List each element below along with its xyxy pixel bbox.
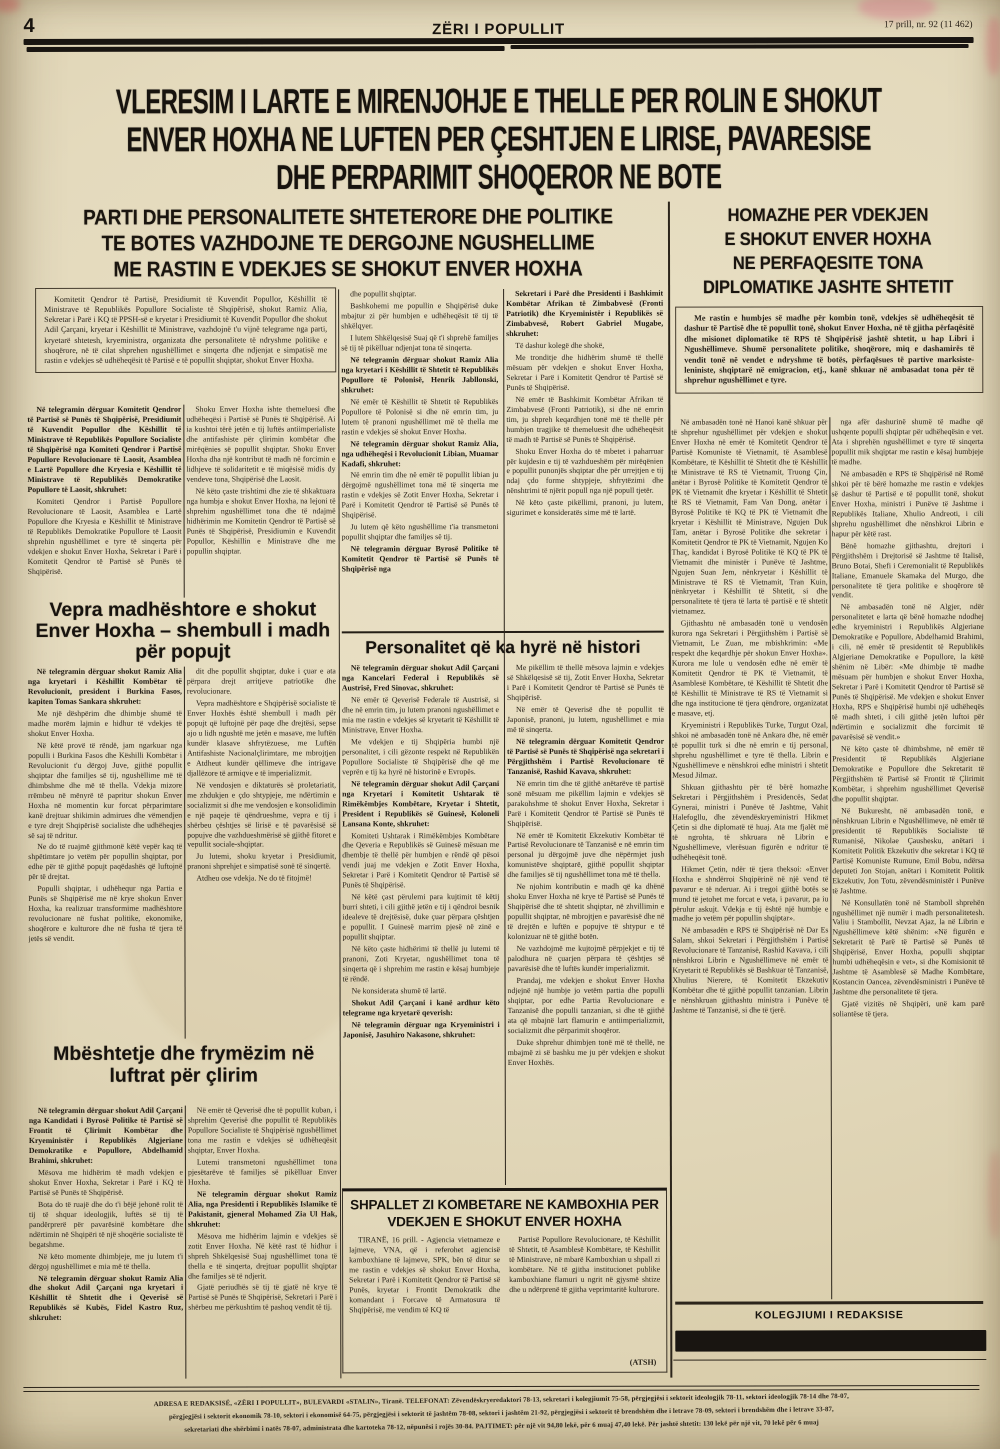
paragraph: Lutemi transmetoni ngushëllimet tona pje… — [188, 1157, 337, 1187]
kolegjiumi-label: KOLEGJIUMI I REDAKSISE — [675, 1309, 983, 1322]
paragraph: Në telegramin dërguar shokut Adil Çarçan… — [29, 1106, 183, 1166]
paragraph: Shokut Adil Çarçani i kanë ardhur këto t… — [343, 998, 500, 1018]
paragraph: Në këtë provë të rëndë, jam ngarkuar nga… — [28, 740, 182, 840]
paragraph: dhe popullit shqiptar. — [341, 289, 498, 299]
vepra-line: për popujt — [30, 641, 336, 663]
kamboxhia-col-a: TIRANË, 16 prill. - Agjencia vietnameze … — [349, 1235, 500, 1357]
paragraph: Në emër të Qeverisë Federale të Austrisë… — [342, 695, 499, 735]
paragraph: Në telegramin dërguar shokut Ramiz Alia … — [29, 1273, 183, 1323]
column-burkina-2: dit dhe popullit shqiptar, duke i çuar e… — [187, 666, 337, 1038]
paragraph: Në këto momente dhimbjeje, me ju lutem t… — [29, 1251, 183, 1271]
paragraph: Në emër të Komitetit Ekzekutiv Kombëtar … — [507, 830, 664, 880]
column-personalitet-3: Në telegramin dërguar shokut Adil Çarçan… — [342, 663, 500, 1183]
section-heading-mbeshtetje: Mbështetje dhe frymëzim në luftrat për ç… — [31, 1042, 337, 1087]
paragraph: Partisë Popullore Revolucionare, të Kësh… — [509, 1235, 660, 1295]
paragraph: Në telegramin dërguar shokut Ramiz Alia … — [341, 355, 498, 395]
paragraph: Në këtë çast përulemi para kujtimit të k… — [342, 892, 499, 942]
vepra-line: Enver Hoxha – shembull i madh — [30, 620, 336, 642]
column-divider — [185, 1106, 187, 1379]
column-clirim-2: Në emër të Qeverisë dhe të popullit kuba… — [188, 1105, 338, 1377]
column-right-a: Në ambasadën tonë në Hanoi kanë shkuar p… — [671, 417, 829, 1297]
right-intro-box: Me rastin e humbjes së madhe për kombin … — [675, 306, 983, 393]
paragraph: Kryeministri i Republikës Turke, Turgut … — [672, 720, 828, 780]
paragraph: Në Bukuresht, në ambasadën tonë, e nënsh… — [832, 806, 984, 896]
paragraph: Në ambasadën tonë në Algjer, ndër person… — [832, 602, 984, 742]
column-right-b: nga afër dashurinë shumë të madhe që ush… — [831, 417, 985, 1297]
paragraph: Ne konsiderata shumë të lartë. — [343, 986, 500, 996]
paragraph: Me vdekjen e tij Shqipëria humbi një per… — [342, 737, 499, 777]
masthead-rule-segment — [511, 44, 969, 49]
vepra-line: Vepra madhështore e shokut — [30, 599, 336, 621]
paragraph: TIRANË, 16 prill. - Agjencia vietnameze … — [349, 1235, 500, 1315]
masthead-rule-segment — [27, 46, 505, 52]
paragraph: Në këto çaste trishtimi dhe zie të shkak… — [187, 486, 336, 556]
paragraph: Në telegramin dërguar shokut Ramiz Alia,… — [188, 1189, 337, 1229]
paragraph: Gjatë periudhës së tij të gjatë në krye … — [188, 1283, 337, 1313]
section-heading-vepra: Vepra madhështore e shokut Enver Hoxha –… — [30, 599, 336, 663]
paragraph: Ju lutemi, shoku kryetar i Presidiumit, … — [187, 852, 336, 872]
kamboxhia-box: SHPALLET ZI KOMBETARE NE KAMBOXHIA PER V… — [342, 1188, 667, 1374]
righthead-line: NE PERFAQESITE TONA — [673, 250, 983, 277]
paragraph: Në telegramin dërguar shokut Adil Çarçan… — [342, 663, 499, 693]
paragraph: Duke shprehur dhimbjen tonë më të thellë… — [508, 1038, 665, 1068]
mbeshtetje-line: Mbështetje dhe frymëzim në — [31, 1042, 337, 1065]
paragraph: Shoku Enver Hoxha do të mbetet i paharru… — [506, 446, 663, 496]
column-clirim-1: Në telegramin dërguar shokut Adil Çarçan… — [29, 1106, 184, 1378]
paragraph: Në ambasadën e RPS të Shqipërisë në Dar … — [672, 926, 828, 1016]
column-personalitet-4: Me pikëllim të thellë mësova lajmin e vd… — [507, 663, 665, 1183]
kamboxhia-col-b: Partisë Popullore Revolucionare, të Kësh… — [509, 1235, 660, 1357]
left-section-subhead: PARTI DHE PERSONALITETE SHTETERORE DHE P… — [29, 205, 667, 284]
paragraph: Sekretari i Parë dhe Presidenti i Bashki… — [506, 289, 663, 339]
column-burkina-1: Në telegramin dërguar shokut Ramiz Alia … — [28, 667, 183, 1039]
righthead-line: E SHOKUT ENVER HOXHA — [673, 226, 983, 253]
paragraph: Në telegramin dërguar Komitetit Qendror … — [27, 405, 181, 495]
column-laos-2: Shoku Enver Hoxha ishte themeluesi dhe u… — [186, 404, 335, 598]
paragraph: Në Konsullatën tonë në Stamboll shprehën… — [832, 898, 984, 998]
column-middle-4: Sekretari i Parë dhe Presidenti i Bashki… — [506, 289, 664, 627]
paragraph: Bashkohemi me popullin e Shqipërisë duke… — [341, 301, 498, 331]
paragraph: Ne vazhdojmë me kujtojmë përpjekjet e ti… — [507, 944, 664, 974]
right-section-head: HOMAZHE PER VDEKJEN E SHOKUT ENVER HOXHA… — [673, 203, 983, 300]
paragraph: Në emër të Bashkimit Kombëtar Afrikan të… — [506, 394, 663, 444]
footer-rule — [23, 1385, 979, 1388]
paragraph: nga afër dashurinë shumë të madhe që ush… — [831, 417, 983, 467]
right-intro-text: Me rastin e humbjes së madhe për kombin … — [684, 313, 974, 386]
newspaper-page: 4 ZËRI I POPULLIT 17 prill, nr. 92 (11 4… — [0, 0, 1000, 1449]
paragraph: Në emër të Këshillit të Shtetit të Repub… — [341, 397, 498, 437]
paragraph: Në këto çaste të dhimbshme, në emër të P… — [832, 744, 984, 804]
subhead-line: ME RASTIN E VDEKJES SE SHOKUT ENVER HOXH… — [29, 255, 667, 285]
column-laos-1: Në telegramin dërguar Komitetit Qendror … — [27, 405, 181, 599]
paragraph: Në ambasadën tonë në Hanoi kanë shkuar p… — [671, 417, 827, 617]
paragraph: Me tronditje dhe hidhërim shumë të thell… — [506, 352, 663, 392]
issue-info: 17 prill, nr. 92 (11 462) — [884, 20, 973, 30]
paragraph: Mësova me hidhërim lajmin e vdekjes së z… — [188, 1231, 337, 1281]
paragraph: Ne do të ruajmë gjithmonë këtë vepër kaq… — [28, 842, 182, 882]
paragraph: I lutem Shkëlqesisë Suaj që t'i shprehë … — [341, 333, 498, 353]
column-middle-3: dhe popullit shqiptar.Bashkohemi me popu… — [341, 289, 499, 627]
main-headline: VLERESIM I LARTE E MIRENJOHJE E THELLE P… — [49, 81, 949, 197]
paragraph: Në këto çaste hidhërimi të thellë ju lut… — [342, 944, 499, 984]
paragraph: Në telegramin dërguar shokut Adil Çarçan… — [342, 779, 499, 829]
paragraph: Në telegramin dërguar nga Kryeministri i… — [343, 1020, 500, 1040]
mbeshtetje-line: luftrat për çlirim — [31, 1064, 337, 1087]
masthead-title: ZËRI I POPULLIT — [0, 20, 999, 39]
headline-line-3: DHE PERPARIMIT SHOQEROR NE BOTE — [103, 152, 895, 202]
paragraph: Bota do të ruajë dhe do t'i bëjë jehonë … — [29, 1199, 183, 1249]
kolegjiumi-bottom-rule — [673, 1359, 986, 1361]
paragraph: Shkuan gjithashtu për të bërë homazhe Se… — [672, 782, 828, 862]
paragraph: Vepra madhështore e Shqipërisë socialist… — [187, 698, 336, 778]
footer-imprint: ADRESA E REDAKSISË, «ZËRI I POPULLIT», B… — [31, 1389, 971, 1439]
paragraph: Komiteti Ushtarak i Rimëkëmbjes Kombëtar… — [342, 831, 499, 891]
paragraph: Në emrin tim dhe në emër të popullit lib… — [341, 470, 498, 520]
paragraph: Prandaj, me vdekjen e shokut Enver Hoxha… — [508, 976, 665, 1036]
righthead-line: HOMAZHE PER VDEKJEN — [673, 202, 983, 229]
paragraph: Hikmet Çetin, ndër të tjera theksoi: «En… — [672, 864, 828, 924]
paragraph: Në telegramin dërguar shokut Ramiz Alia,… — [341, 439, 498, 469]
left-intro-box: Komitetit Qendror të Partisë, Presidiumi… — [35, 287, 336, 373]
paragraph: Populli shqiptar, i udhëhequr nga Partia… — [28, 884, 182, 944]
paragraph: Mësova me hidhërim të madh vdekjen e sho… — [29, 1167, 183, 1197]
righthead-line: DIPLOMATIKE JASHTE SHTETIT — [673, 274, 983, 301]
paragraph: Të dashur kolegë dhe shokë, — [506, 341, 663, 351]
kamboxhia-columns: TIRANË, 16 prill. - Agjencia vietnameze … — [349, 1235, 660, 1358]
paragraph: Me një dëshpërim dhe dhimbje shumë të ma… — [28, 709, 182, 739]
column-divider — [184, 667, 186, 1039]
paragraph: Gjatë vizitës në Shqipëri, unë kam parë … — [833, 999, 985, 1019]
paragraph: Në emrin tim dhe të gjithë anëtarëve të … — [507, 778, 664, 828]
paragraph: Ju lutem që këto ngushëllime t'ia transm… — [342, 522, 499, 542]
paragraph: Ne njohim kontributin e madh që ka dhënë… — [507, 882, 664, 942]
atsh-signature: (ATSH) — [349, 1358, 660, 1368]
paragraph: Në telegramin dërguar Komitetit Qendror … — [507, 736, 664, 776]
paragraph: Bënë homazhe gjithashtu, drejtori i Përg… — [832, 541, 984, 601]
paragraph: Atdheu ose vdekja. Ne do të fitojmë! — [187, 874, 336, 884]
paragraph: Në emër të Qeverisë dhe të popullit të J… — [507, 705, 664, 735]
paragraph: Gjithashtu në ambasadën tonë u vendosën … — [672, 619, 828, 719]
left-intro-text: Komitetit Qendror të Partisë, Presidiumi… — [44, 294, 327, 366]
paragraph: dit dhe popullit shqiptar, duke i çuar e… — [187, 666, 336, 696]
paragraph: Në emër të Qeverisë dhe të popullit kuba… — [188, 1105, 337, 1155]
paragraph: Në telegramin dërguar Byrosë Politike të… — [342, 544, 499, 574]
kamboxhia-heading: SHPALLET ZI KOMBETARE NE KAMBOXHIA PER V… — [349, 1196, 660, 1231]
paragraph: Në ambasadën e RPS të Shqipërisë në Romë… — [831, 469, 983, 539]
kolegjiumi-top-rule — [675, 1301, 983, 1305]
paragraph: Në vendosjen e diktaturës së proletariat… — [187, 780, 336, 850]
column-divider — [183, 405, 184, 598]
paragraph: Komiteti Qendror i Partisë Popullore Rev… — [28, 496, 182, 576]
kamboxhia-heading-line: SHPALLET ZI KOMBETARE NE KAMBOXHIA PER — [349, 1196, 660, 1214]
paragraph: Me pikëllim të thellë mësova lajmin e vd… — [507, 663, 664, 703]
kolegjiumi-black-bar — [675, 1330, 986, 1352]
paragraph: Shoku Enver Hoxha ishte themeluesi dhe u… — [186, 404, 335, 484]
paragraph: Në telegramin dërguar shokut Ramiz Alia … — [28, 667, 182, 707]
kamboxhia-heading-line: VDEKJEN E SHOKUT ENVER HOXHA — [349, 1213, 660, 1231]
paragraph: Në këto çaste pikëllimi, pranoni, ju lut… — [507, 498, 664, 518]
